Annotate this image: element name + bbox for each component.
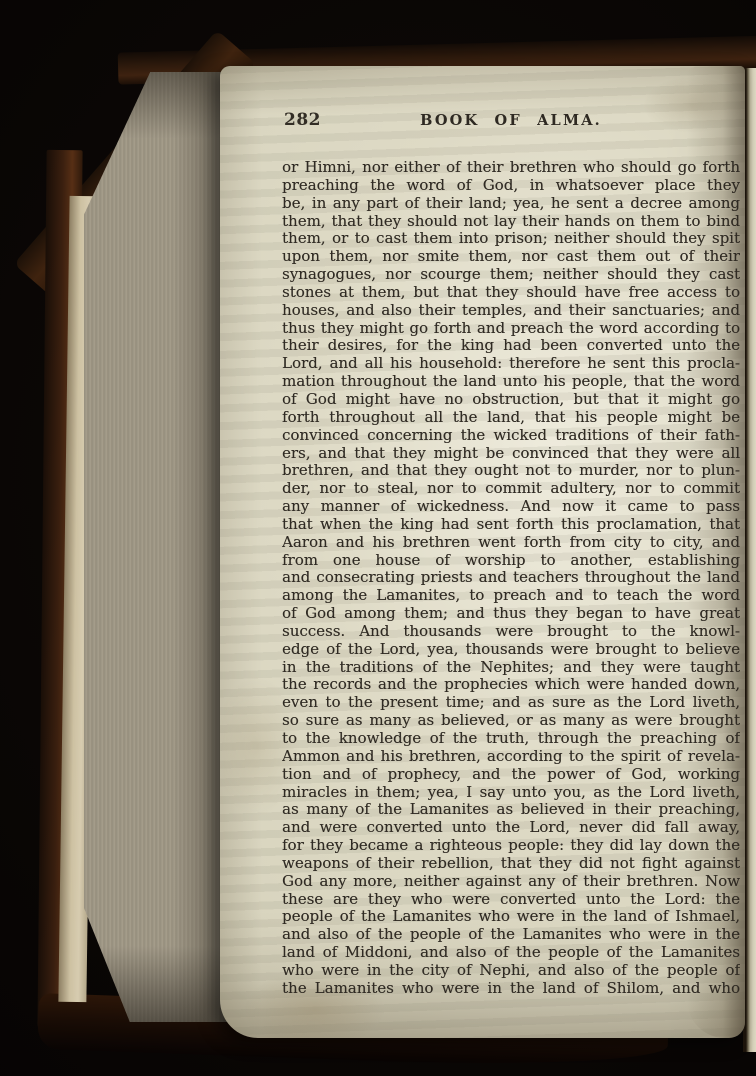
text-line: any manner of wickedness. And now it cam…: [282, 498, 740, 516]
text-line: tion and of prophecy, and the power of G…: [282, 766, 740, 784]
page-header: 282 BOOK OF ALMA.: [282, 110, 740, 132]
text-line: so sure as many as believed, or as many …: [282, 712, 740, 730]
text-line: houses, and also their temples, and thei…: [282, 302, 740, 320]
text-line: convinced concerning the wicked traditio…: [282, 427, 740, 445]
text-line: Ammon and his brethren, according to the…: [282, 748, 740, 766]
text-line: and also of the people of the Lamanites …: [282, 926, 740, 944]
text-line: miracles in them; yea, I say unto you, a…: [282, 784, 740, 802]
text-line: Aaron and his brethren went forth from c…: [282, 534, 740, 552]
text-line: people of the Lamanites who were in the …: [282, 908, 740, 926]
text-line: of God among them; and thus they began t…: [282, 605, 740, 623]
text-line: who were in the city of Nephi, and also …: [282, 962, 740, 980]
text-line: or Himni, nor either of their brethren w…: [282, 159, 740, 177]
text-line: thus they might go forth and preach the …: [282, 320, 740, 338]
photo-background: 282 BOOK OF ALMA. or Himni, nor either o…: [0, 0, 756, 1076]
text-line: them, or to cast them into prison; neith…: [282, 230, 740, 248]
text-line: land of Middoni, and also of the people …: [282, 944, 740, 962]
text-line: as many of the Lamanites as believed in …: [282, 801, 740, 819]
text-line: stones at them, but that they should hav…: [282, 284, 740, 302]
text-line: of God might have no obstruction, but th…: [282, 391, 740, 409]
text-line: edge of the Lord, yea, thousands were br…: [282, 641, 740, 659]
text-line: these are they who were converted unto t…: [282, 891, 740, 909]
text-line: in the traditions of the Nephites; and t…: [282, 659, 740, 677]
text-line: success. And thousands were brought to t…: [282, 623, 740, 641]
text-line: for they became a righteous people: they…: [282, 837, 740, 855]
text-line: even to the present time; and as sure as…: [282, 694, 740, 712]
text-line: to the knowledge of the truth, through t…: [282, 730, 740, 748]
text-line: synagogues, nor scourge them; neither sh…: [282, 266, 740, 284]
text-line: Lord, and all his household: therefore h…: [282, 355, 740, 373]
text-line: and were converted unto the Lord, never …: [282, 819, 740, 837]
running-header: BOOK OF ALMA.: [282, 112, 740, 129]
text-line: upon them, nor smite them, nor cast them…: [282, 248, 740, 266]
text-line: ers, and that they might be convinced th…: [282, 445, 740, 463]
page-body: or Himni, nor either of their brethren w…: [282, 159, 740, 998]
text-line: be, in any part of their land; yea, he s…: [282, 195, 740, 213]
text-line: brethren, and that they ought not to mur…: [282, 462, 740, 480]
text-line: the records and the prophecies which wer…: [282, 676, 740, 694]
page-content: 282 BOOK OF ALMA. or Himni, nor either o…: [282, 110, 740, 998]
text-line: among the Lamanites, to preach and to te…: [282, 587, 740, 605]
text-line: God any more, neither against any of the…: [282, 873, 740, 891]
text-line: them, that they should not lay their han…: [282, 213, 740, 231]
text-line: weapons of their rebellion, that they di…: [282, 855, 740, 873]
text-line: the Lamanites who were in the land of Sh…: [282, 980, 740, 998]
text-line: and consecrating priests and teachers th…: [282, 569, 740, 587]
text-line: from one house of worship to another, es…: [282, 552, 740, 570]
text-line: mation throughout the land unto his peop…: [282, 373, 740, 391]
text-line: der, nor to steal, nor to commit adulter…: [282, 480, 740, 498]
book-page: 282 BOOK OF ALMA. or Himni, nor either o…: [220, 66, 745, 1038]
text-line: that when the king had sent forth this p…: [282, 516, 740, 534]
text-line: preaching the word of God, in whatsoever…: [282, 177, 740, 195]
text-line: their desires, for the king had been con…: [282, 337, 740, 355]
text-line: forth throughout all the land, that his …: [282, 409, 740, 427]
